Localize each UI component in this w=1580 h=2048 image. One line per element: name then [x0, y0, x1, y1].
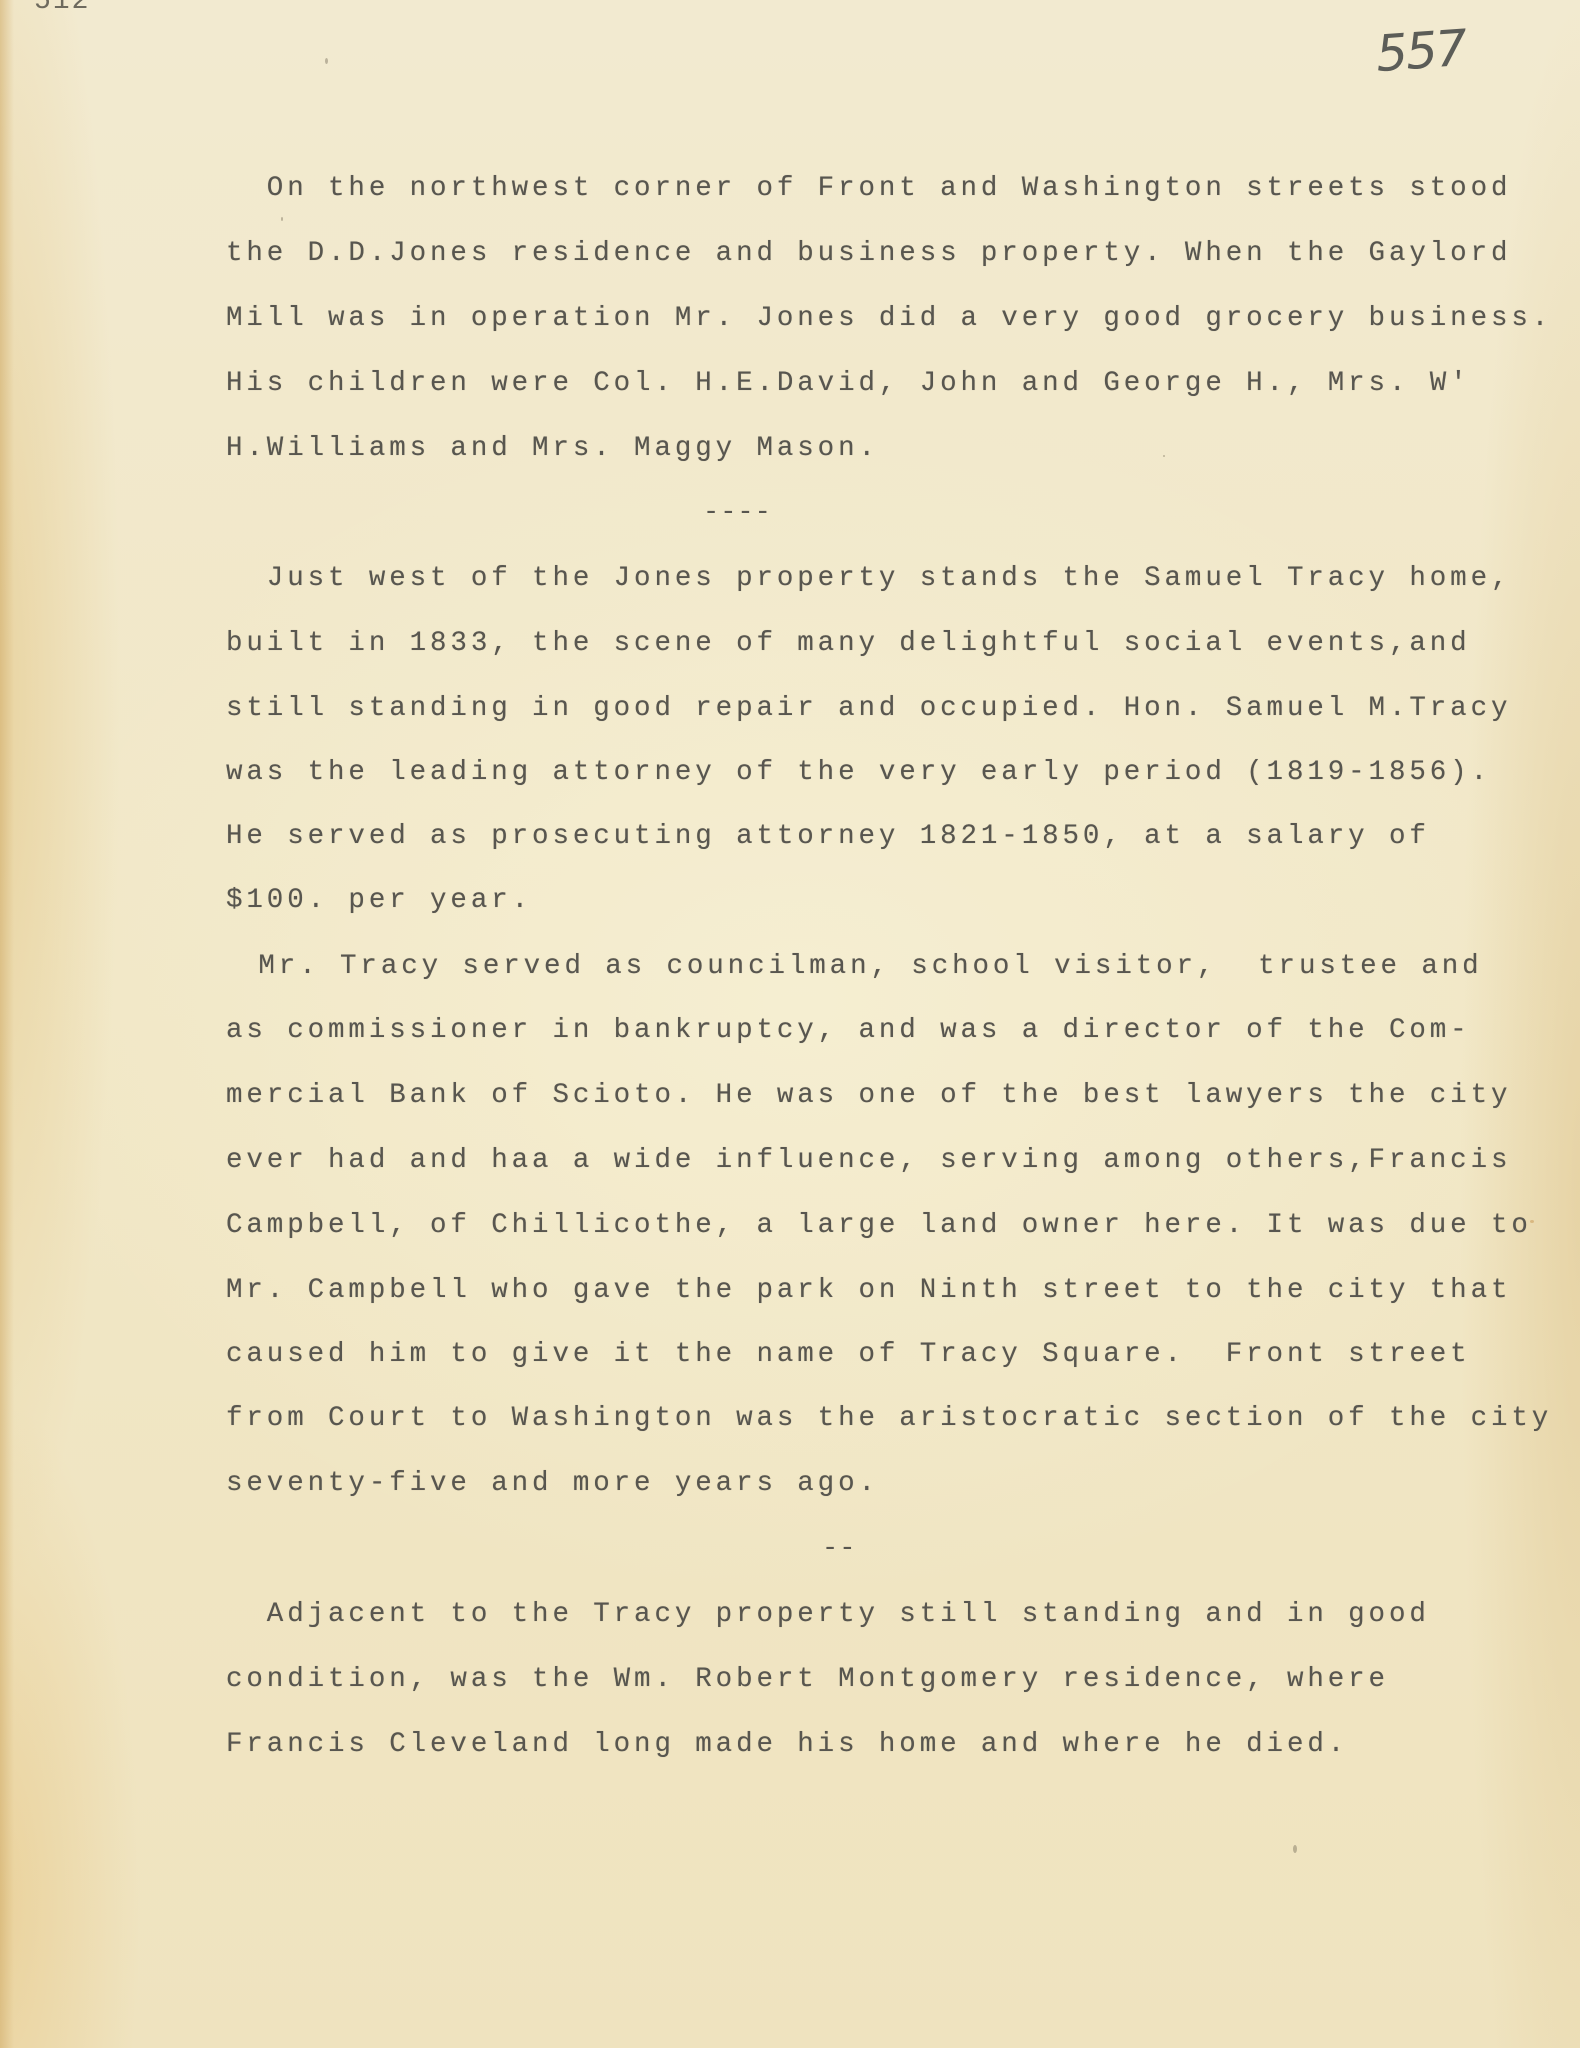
text-line: H.Williams and Mrs. Maggy Mason.	[226, 432, 879, 466]
text-line: mercial Bank of Scioto. He was one of th…	[226, 1079, 1511, 1113]
text-line: Francis Cleveland long made his home and…	[226, 1728, 1348, 1762]
paper-speck	[1293, 1845, 1297, 1853]
paper-speck	[1163, 455, 1165, 457]
text-line: His children were Col. H.E.David, John a…	[226, 367, 1471, 401]
text-line: ever had and haa a wide influence, servi…	[226, 1144, 1511, 1178]
text-line: Mr. Campbell who gave the park on Ninth …	[226, 1274, 1511, 1308]
text-line: as commissioner in bankruptcy, and was a…	[226, 1014, 1471, 1048]
handwritten-page-number: 557	[1374, 19, 1467, 83]
text-line: built in 1833, the scene of many delight…	[226, 627, 1471, 661]
text-line: He served as prosecuting attorney 1821-1…	[226, 820, 1430, 854]
section-separator: ----	[703, 498, 772, 528]
paper-speck	[281, 217, 283, 221]
text-line: Just west of the Jones property stands t…	[226, 562, 1511, 596]
paper-speck	[325, 58, 328, 64]
text-line: Adjacent to the Tracy property still sta…	[226, 1598, 1430, 1632]
document-page: 512 557 On the northwest corner of Front…	[0, 0, 1580, 2048]
previous-page-number: 512	[34, 0, 90, 17]
text-line: still standing in good repair and occupi…	[226, 692, 1511, 726]
text-line: condition, was the Wm. Robert Montgomery…	[226, 1663, 1389, 1697]
text-line: Campbell, of Chillicothe, a large land o…	[226, 1209, 1532, 1243]
text-line: On the northwest corner of Front and Was…	[226, 172, 1511, 206]
text-line: Mill was in operation Mr. Jones did a ve…	[226, 302, 1552, 336]
text-line: Mr. Tracy served as councilman, school v…	[238, 950, 1483, 984]
text-line: seventy-five and more years ago.	[226, 1467, 879, 1501]
text-line: $100. per year.	[226, 884, 532, 918]
page-edge-stain	[0, 0, 14, 2048]
text-line: caused him to give it the name of Tracy …	[226, 1338, 1471, 1372]
text-line: was the leading attorney of the very ear…	[226, 756, 1491, 790]
paper-speck	[1530, 1220, 1534, 1223]
text-line: the D.D.Jones residence and business pro…	[226, 237, 1511, 271]
text-line: from Court to Washington was the aristoc…	[226, 1402, 1552, 1436]
section-separator: --	[822, 1534, 856, 1564]
